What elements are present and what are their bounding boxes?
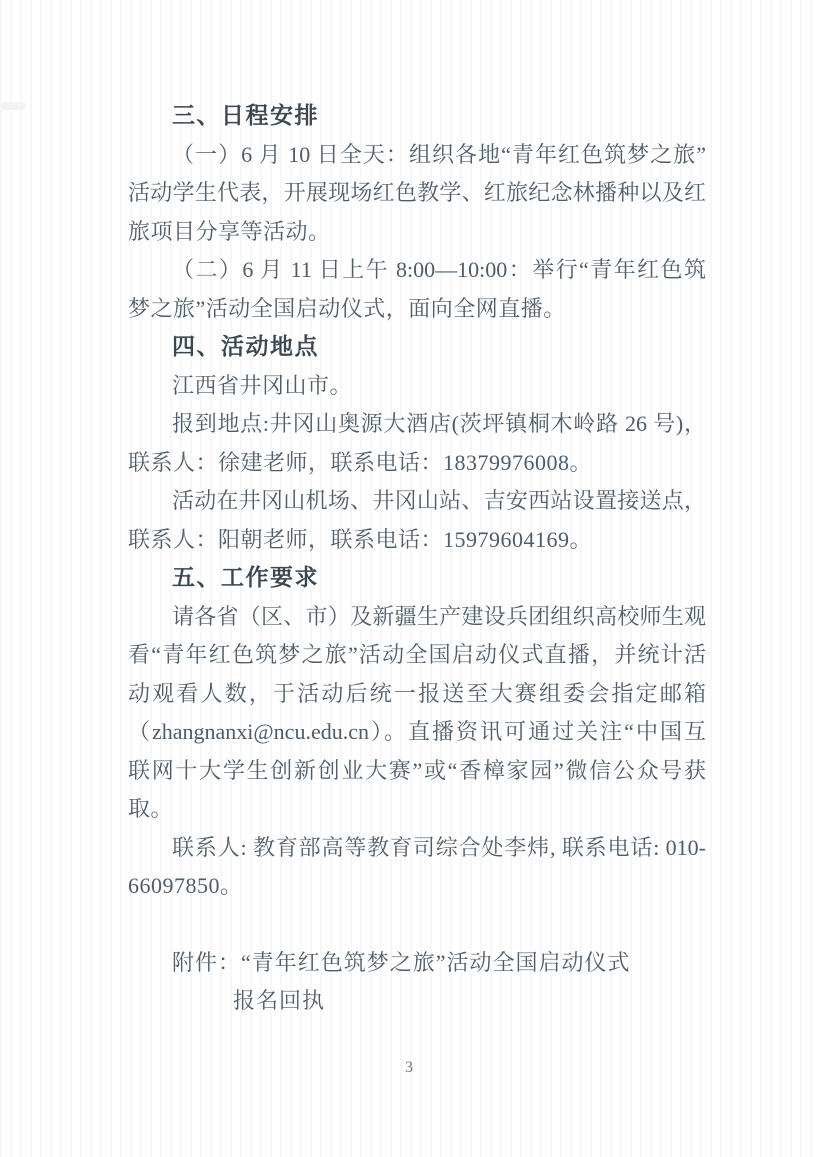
body-line: 看“青年红色筑梦之旅”活动全国启动仪式直播，并统计活 bbox=[128, 636, 706, 675]
body-line: 活动在井冈山机场、井冈山站、吉安西站设置接送点， bbox=[128, 482, 706, 521]
page-number: 3 bbox=[0, 1053, 818, 1083]
body-line: 取。 bbox=[128, 790, 706, 829]
body-line: 请各省（区、市）及新疆生产建设兵团组织高校师生观 bbox=[128, 598, 706, 637]
document-body: 三、日程安排 （一）6 月 10 日全天：组织各地“青年红色筑梦之旅” 活动学生… bbox=[128, 97, 706, 1021]
body-line: 联系人: 教育部高等教育司综合处李炜, 联系电话: 010- bbox=[128, 829, 706, 868]
body-line: 报到地点:井冈山奥源大酒店(茨坪镇桐木岭路 26 号)， bbox=[128, 405, 706, 444]
body-line: （一）6 月 10 日全天：组织各地“青年红色筑梦之旅” bbox=[128, 136, 706, 175]
attachment-note: 附件：“青年红色筑梦之旅”活动全国启动仪式 报名回执 bbox=[128, 944, 706, 1021]
body-line-phone: 66097850。 bbox=[128, 867, 706, 906]
paragraph-requirements: 请各省（区、市）及新疆生产建设兵团组织高校师生观 看“青年红色筑梦之旅”活动全国… bbox=[128, 598, 706, 829]
paragraph-location-hotel: 报到地点:井冈山奥源大酒店(茨坪镇桐木岭路 26 号)， 联系人：徐建老师，联系… bbox=[128, 405, 706, 482]
paragraph-schedule-item2: （二）6 月 11 日上午 8:00—10:00：举行“青年红色筑 梦之旅”活动… bbox=[128, 251, 706, 328]
body-line-email: （zhangnanxi@ncu.edu.cn）。直播资讯可通过关注“中国互 bbox=[128, 713, 706, 752]
attachment-line: 报名回执 bbox=[233, 982, 706, 1021]
body-line: 活动学生代表，开展现场红色教学、红旅纪念林播种以及红 bbox=[128, 174, 706, 213]
body-line: 梦之旅”活动全国启动仪式，面向全网直播。 bbox=[128, 290, 706, 329]
paragraph-schedule-item1: （一）6 月 10 日全天：组织各地“青年红色筑梦之旅” 活动学生代表，开展现场… bbox=[128, 136, 706, 252]
body-line: 联网十大学生创新创业大赛”或“香樟家园”微信公众号获 bbox=[128, 752, 706, 791]
section-heading-schedule: 三、日程安排 bbox=[128, 97, 706, 136]
body-line: 动观看人数，于活动后统一报送至大赛组委会指定邮箱 bbox=[128, 675, 706, 714]
attachment-line: 附件：“青年红色筑梦之旅”活动全国启动仪式 bbox=[172, 944, 706, 983]
scan-artifact-mark bbox=[0, 102, 26, 110]
body-line: 江西省井冈山市。 bbox=[128, 367, 706, 406]
body-line: （二）6 月 11 日上午 8:00—10:00：举行“青年红色筑 bbox=[128, 251, 706, 290]
section-heading-location: 四、活动地点 bbox=[128, 328, 706, 367]
paragraph-location-transfer: 活动在井冈山机场、井冈山站、吉安西站设置接送点， 联系人：阳朝老师，联系电话：1… bbox=[128, 482, 706, 559]
scanned-document-page: { "colors": { "body_text": "#4e5d69", "h… bbox=[0, 0, 818, 1157]
section-heading-requirements: 五、工作要求 bbox=[128, 559, 706, 598]
paragraph-contact: 联系人: 教育部高等教育司综合处李炜, 联系电话: 010- 66097850。 bbox=[128, 829, 706, 906]
body-line: 联系人：阳朝老师，联系电话：15979604169。 bbox=[128, 521, 706, 560]
body-line: 旅项目分享等活动。 bbox=[128, 213, 706, 252]
paragraph-location-city: 江西省井冈山市。 bbox=[128, 367, 706, 406]
body-line: 联系人：徐建老师，联系电话：18379976008。 bbox=[128, 444, 706, 483]
